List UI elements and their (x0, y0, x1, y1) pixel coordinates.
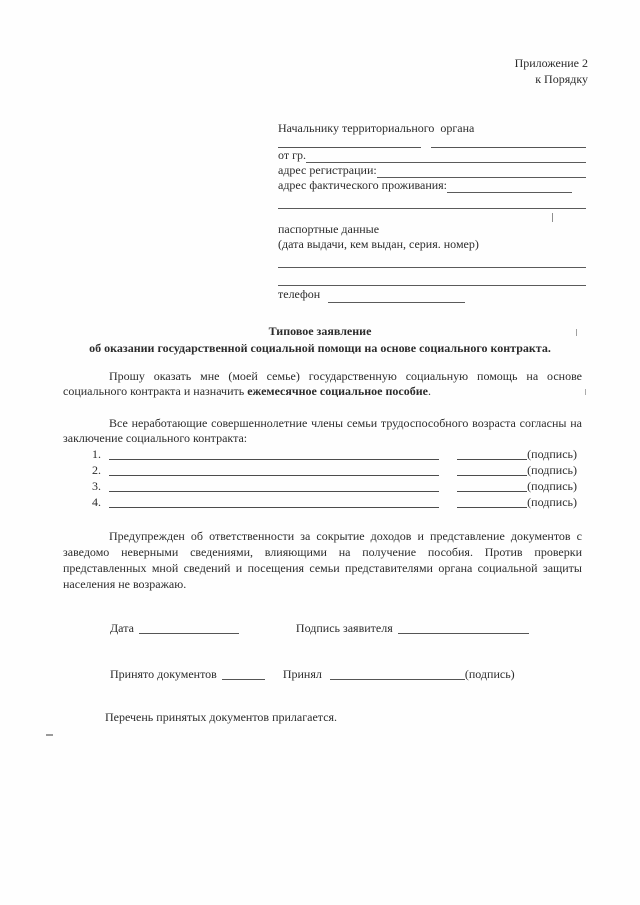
signature-line (457, 494, 527, 508)
signature-caption: (подпись) (527, 494, 577, 510)
from-citizen-label: от гр. (278, 148, 306, 163)
docs-accepted-label: Принято документов (110, 666, 217, 682)
row-number: 4. (92, 494, 107, 510)
blank-line-segment (278, 135, 421, 148)
blank-line-authority (278, 136, 586, 148)
passport-line (278, 268, 586, 286)
addressee-to: Начальнику территориального органа (278, 121, 586, 136)
registration-address-line (377, 163, 586, 178)
name-line (109, 478, 439, 492)
accepted-by-label: Принял (283, 666, 325, 682)
spacer (265, 666, 283, 682)
blank-line-segment (431, 135, 586, 148)
signature-row-2: 2. (подпись) (92, 462, 577, 478)
request-period: . (428, 384, 431, 398)
phone-field: телефон (278, 286, 586, 303)
consent-paragraph: Все неработающие совершеннолетние члены … (63, 416, 582, 446)
scan-artifact (585, 389, 586, 395)
residence-address-field: адрес фактического проживания: (278, 178, 586, 193)
annex-line2: к Порядку (515, 71, 588, 87)
scan-artifact (46, 734, 53, 736)
from-citizen-line (306, 148, 586, 163)
annex-line1: Приложение 2 (515, 55, 588, 71)
scan-artifact (552, 213, 553, 222)
registration-address-label: адрес регистрации: (278, 163, 377, 178)
signature-row-3: 3. (подпись) (92, 478, 577, 494)
signature-row-4: 4. (подпись) (92, 494, 577, 510)
phone-line (328, 286, 465, 303)
name-line (109, 462, 439, 476)
annex-note: Приложение 2 к Порядку (515, 55, 588, 87)
spacer (239, 620, 296, 636)
form-title-line2: об оказании государственной социальной п… (40, 340, 600, 357)
signature-line (457, 478, 527, 492)
request-benefit-bold: ежемесячное социальное пособие (247, 384, 428, 398)
passport-label: паспортные данные (278, 222, 586, 237)
family-signature-list: 1. (подпись) 2. (подпись) 3. (подпись) 4… (92, 446, 577, 510)
docs-count-line (222, 666, 265, 680)
signature-row-1: 1. (подпись) (92, 446, 577, 462)
scan-artifact (576, 329, 577, 336)
name-line (109, 446, 439, 460)
registration-address-field: адрес регистрации: (278, 163, 586, 178)
warning-paragraph: Предупрежден об ответственности за сокры… (63, 528, 582, 592)
documents-accepted-row: Принято документов Принял (подпись) (110, 666, 537, 682)
signature-caption: (подпись) (527, 478, 577, 494)
date-label: Дата (110, 620, 134, 636)
phone-label: телефон (278, 286, 323, 303)
signature-caption: (подпись) (465, 666, 515, 682)
attachment-note: Перечень принятых документов прилагается… (105, 710, 337, 725)
date-signature-row: Дата Подпись заявителя (110, 620, 543, 636)
signature-caption: (подпись) (527, 446, 577, 462)
form-title: Типовое заявление об оказании государств… (40, 323, 600, 357)
accepted-by-line (330, 666, 465, 680)
passport-line (278, 252, 586, 268)
signature-caption: (подпись) (527, 462, 577, 478)
residence-address-line (447, 178, 572, 193)
signature-line (457, 446, 527, 460)
request-paragraph: Прошу оказать мне (моей семье) государст… (63, 369, 582, 399)
addressee-block: Начальнику территориального органа от гр… (278, 121, 586, 303)
applicant-signature-label: Подпись заявителя (296, 620, 393, 636)
spacer (278, 209, 586, 222)
row-number: 3. (92, 478, 107, 494)
date-line (139, 620, 239, 634)
form-title-line1: Типовое заявление (40, 323, 600, 340)
residence-address-label: адрес фактического проживания: (278, 178, 447, 193)
scanned-application-form: Приложение 2 к Порядку Начальнику террит… (0, 0, 640, 905)
blank-line (278, 193, 586, 209)
passport-hint: (дата выдачи, кем выдан, серия. номер) (278, 237, 586, 252)
applicant-signature-line (398, 620, 529, 634)
from-citizen-field: от гр. (278, 148, 586, 163)
row-number: 2. (92, 462, 107, 478)
name-line (109, 494, 439, 508)
signature-line (457, 462, 527, 476)
row-number: 1. (92, 446, 107, 462)
